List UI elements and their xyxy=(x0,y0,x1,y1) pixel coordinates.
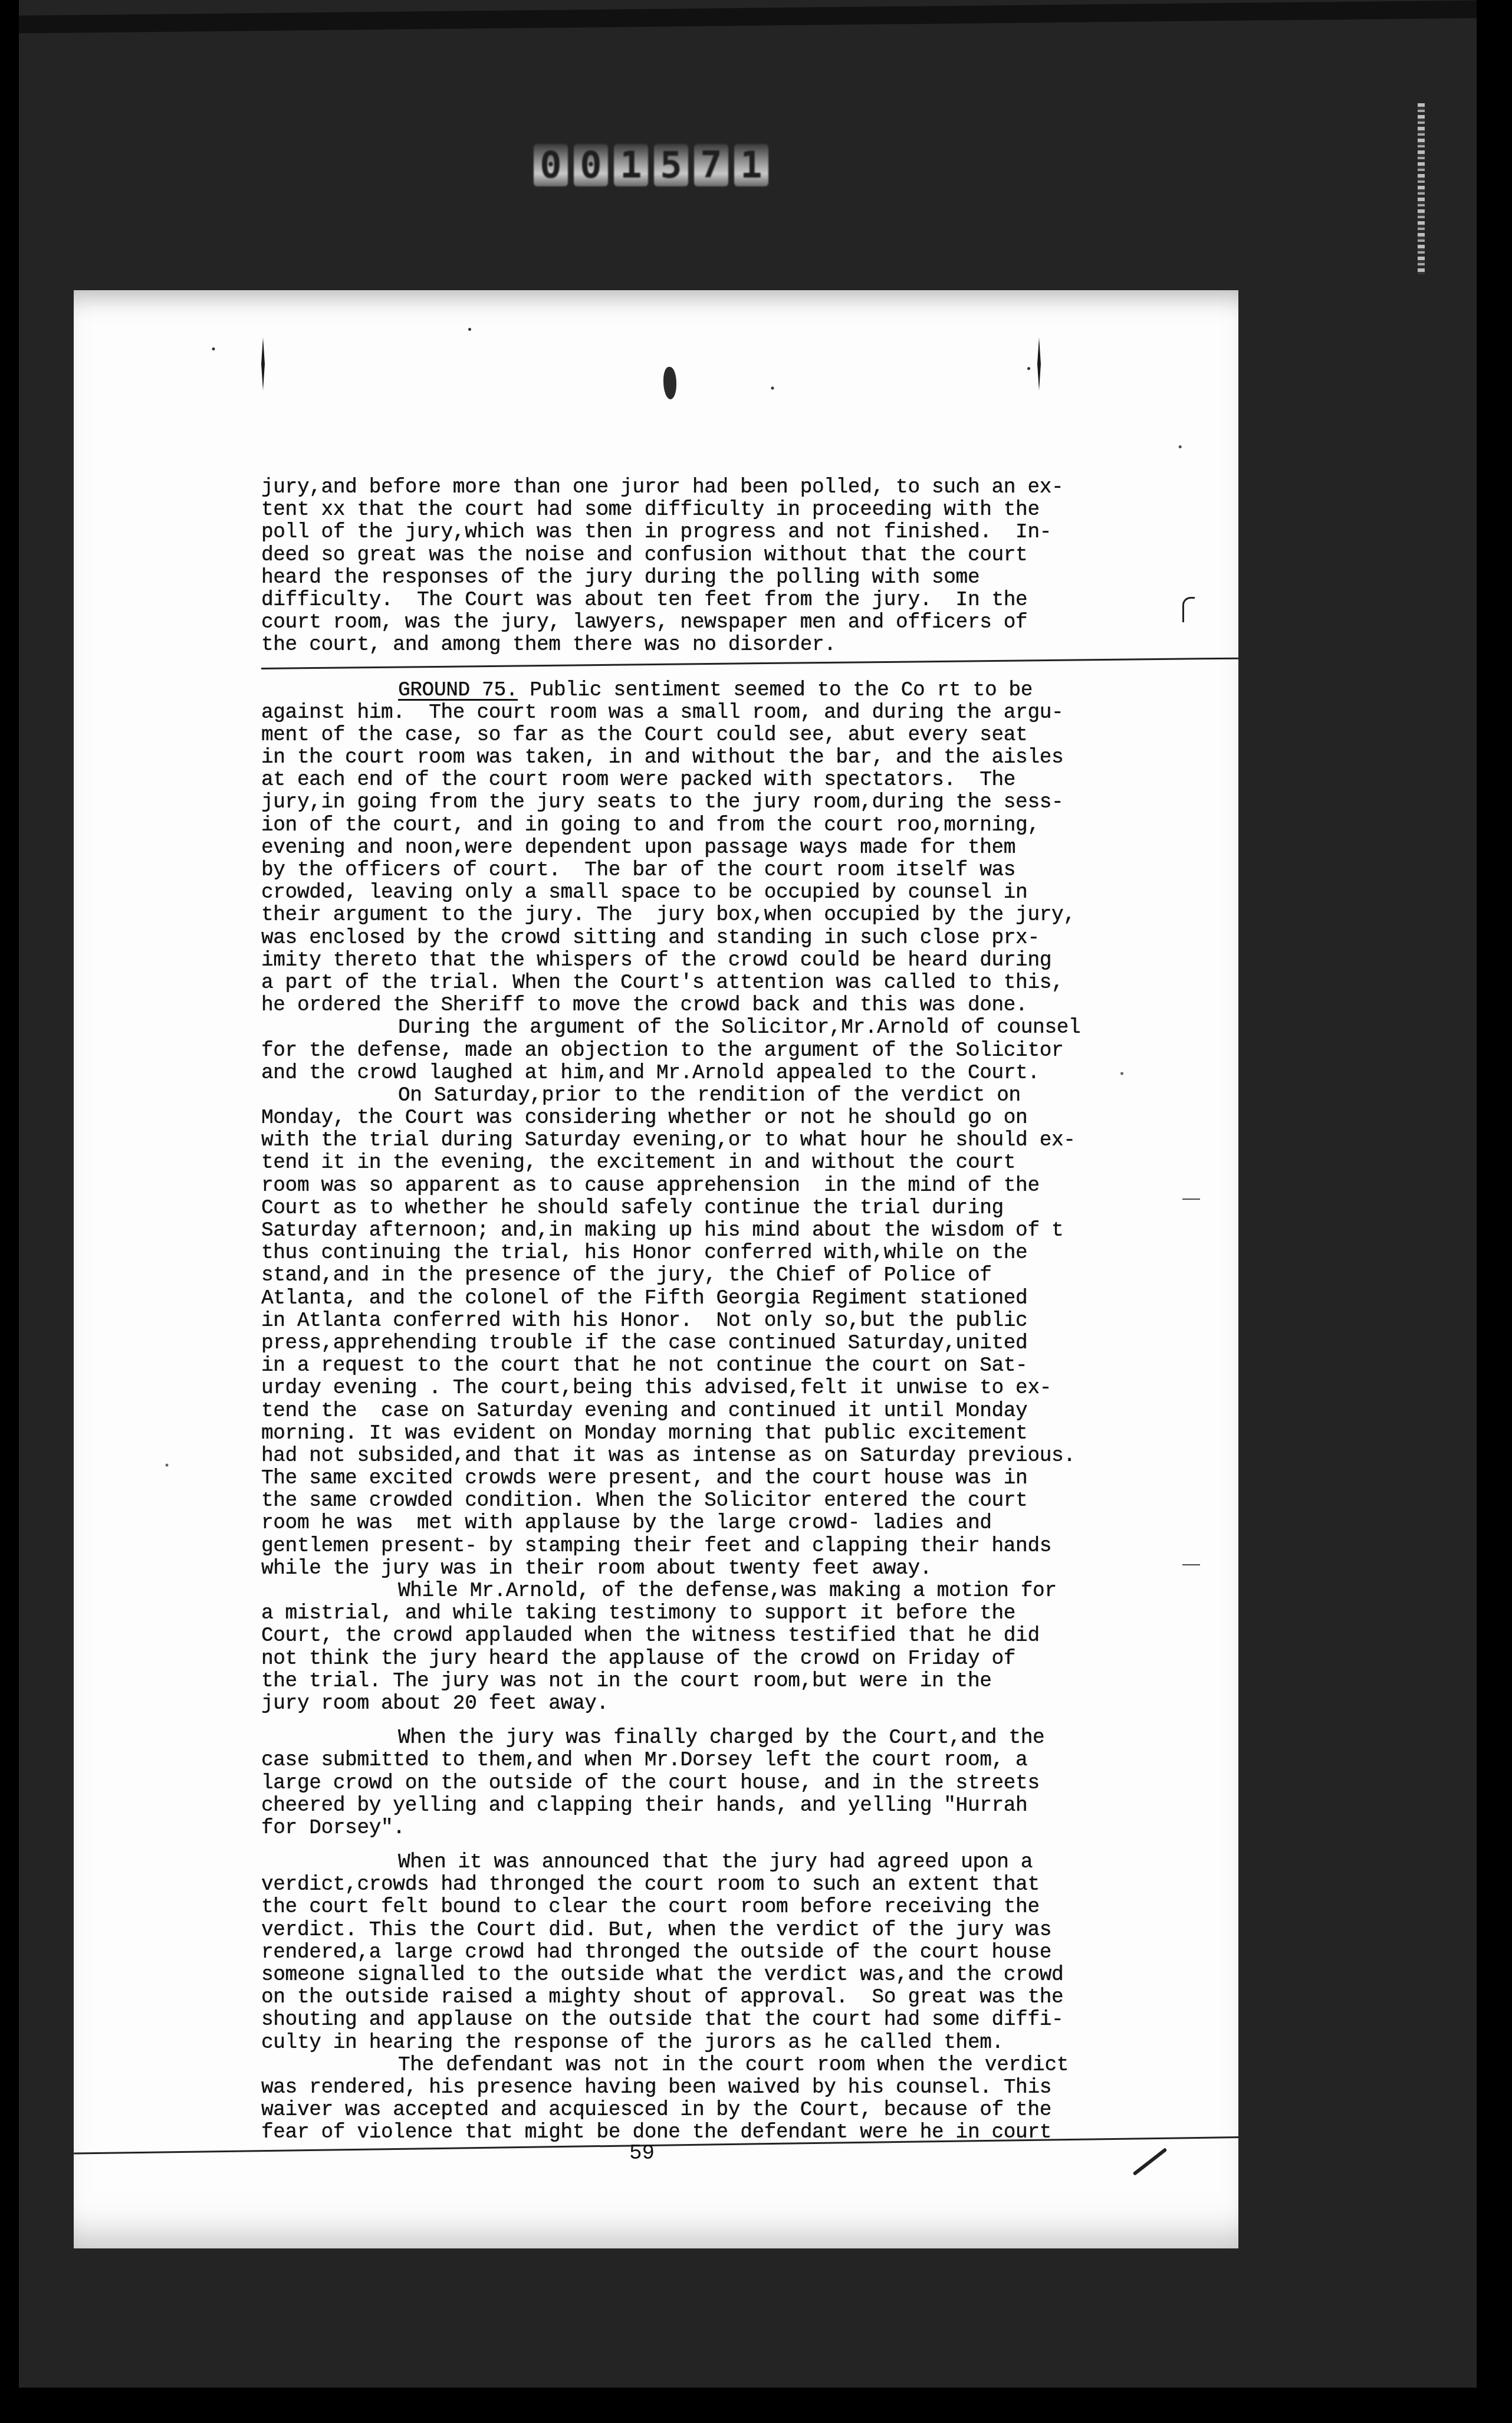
text-line: for Dorsey". xyxy=(261,1817,1228,1840)
film-edge-left xyxy=(0,0,19,2423)
text-line: ion of the court, and in going to and fr… xyxy=(261,815,1228,837)
page-number: 59 xyxy=(629,2141,655,2165)
film-edge-right xyxy=(1477,0,1512,2423)
text-line: morning. It was evident on Monday mornin… xyxy=(261,1423,1228,1445)
text-line: On Saturday,prior to the rendition of th… xyxy=(261,1085,1228,1107)
text-line: shouting and applause on the outside tha… xyxy=(261,2009,1228,2031)
paragraph-gap xyxy=(261,1840,1228,1851)
text-line: fear of violence that might be done the … xyxy=(261,2122,1228,2144)
text-line: Court, the crowd applauded when the witn… xyxy=(261,1625,1228,1647)
text-line: poll of the jury,which was then in progr… xyxy=(261,521,1228,544)
text-line: their argument to the jury. The jury box… xyxy=(261,904,1228,927)
text-line: During the argument of the Solicitor,Mr.… xyxy=(261,1017,1228,1039)
binding-hole-mark-right-icon xyxy=(1037,337,1041,390)
film-edge-bottom xyxy=(0,2388,1512,2423)
ground-label: GROUND 75. xyxy=(398,679,518,702)
text-line: jury,and before more than one juror had … xyxy=(261,477,1228,499)
text-line: had not subsided,and that it was as inte… xyxy=(261,1445,1228,1467)
stamp-digit: 7 xyxy=(694,144,728,186)
text-line: Saturday afternoon; and,in making up his… xyxy=(261,1220,1228,1242)
top-section: jury,and before more than one juror had … xyxy=(261,477,1228,657)
ground-75-section: GROUND 75. Public sentiment seemed to th… xyxy=(261,679,1228,2145)
text-line: imity thereto that the whispers of the c… xyxy=(261,950,1228,972)
text-line: room was so apparent as to cause apprehe… xyxy=(261,1175,1228,1197)
text-line: waiver was accepted and acquiesced in by… xyxy=(261,2099,1228,2122)
text-line: for the defense, made an objection to th… xyxy=(261,1040,1228,1062)
text-line: with the trial during Saturday evening,o… xyxy=(261,1130,1228,1152)
text-line: evening and noon,were dependent upon pas… xyxy=(261,837,1228,859)
film-scratch-mark xyxy=(1418,103,1425,274)
text-line: someone signalled to the outside what th… xyxy=(261,1964,1228,1987)
text-line: against him. The court room was a small … xyxy=(261,702,1228,724)
text-line: he ordered the Sheriff to move the crowd… xyxy=(261,994,1228,1017)
paragraph-gap xyxy=(261,1715,1228,1727)
stamp-digit: 1 xyxy=(614,144,648,186)
text-line: at each end of the court room were packe… xyxy=(261,769,1228,792)
text-line: the same crowded condition. When the Sol… xyxy=(261,1490,1228,1512)
text-line: jury room about 20 feet away. xyxy=(261,1693,1228,1715)
text-line: crowded, leaving only a small space to b… xyxy=(261,882,1228,904)
text-line: room he was met with applause by the lar… xyxy=(261,1512,1228,1535)
text-line: tend it in the evening, the excitement i… xyxy=(261,1152,1228,1174)
paragraph: While Mr.Arnold, of the defense,was maki… xyxy=(261,1580,1228,1715)
text-line: in a request to the court that he not co… xyxy=(261,1355,1228,1377)
text-line: verdict,crowds had thronged the court ro… xyxy=(261,1874,1228,1896)
document-page: jury,and before more than one juror had … xyxy=(74,290,1238,2248)
text-line: Monday, the Court was considering whethe… xyxy=(261,1107,1228,1130)
text-line: urday evening . The court,being this adv… xyxy=(261,1377,1228,1400)
text-line: by the officers of court. The bar of the… xyxy=(261,859,1228,882)
text-line: a part of the trial. When the Court's at… xyxy=(261,972,1228,994)
text-line: press,apprehending trouble if the case c… xyxy=(261,1332,1228,1355)
text-line: When it was announced that the jury had … xyxy=(261,1851,1228,1874)
frame-number-stamp: 0 0 1 5 7 1 xyxy=(534,142,768,189)
text-line: culty in hearing the response of the jur… xyxy=(261,2032,1228,2054)
text-line: the court, and among them there was no d… xyxy=(261,634,1228,656)
text-line: in Atlanta conferred with his Honor. Not… xyxy=(261,1310,1228,1332)
text-line: tend the case on Saturday evening and co… xyxy=(261,1400,1228,1423)
text-line: While Mr.Arnold, of the defense,was maki… xyxy=(261,1580,1228,1603)
ground-first-line: Public sentiment seemed to the Co rt to … xyxy=(518,679,1033,702)
text-line: court room, was the jury, lawyers, newsp… xyxy=(261,612,1228,634)
text-line: The defendant was not in the court room … xyxy=(261,2054,1228,2077)
text-line: heard the responses of the jury during t… xyxy=(261,567,1228,589)
text-line: the trial. The jury was not in the court… xyxy=(261,1670,1228,1693)
text-line: When the jury was finally charged by the… xyxy=(261,1727,1228,1749)
text-line: jury,in going from the jury seats to the… xyxy=(261,792,1228,814)
film-edge-top xyxy=(0,0,1512,34)
text-line: difficulty. The Court was about ten feet… xyxy=(261,589,1228,612)
ground-heading-line: GROUND 75. Public sentiment seemed to th… xyxy=(261,679,1228,702)
text-line: stand,and in the presence of the jury, t… xyxy=(261,1265,1228,1287)
text-line: was rendered, his presence having been w… xyxy=(261,2077,1228,2099)
check-mark-icon xyxy=(1133,2148,1168,2176)
stamp-digit: 0 xyxy=(534,144,568,186)
paragraph: against him. The court room was a small … xyxy=(261,702,1228,1017)
text-line: thus continuing the trial, his Honor con… xyxy=(261,1242,1228,1265)
text-line: a mistrial, and while taking testimony t… xyxy=(261,1603,1228,1625)
text-line: on the outside raised a mighty shout of … xyxy=(261,1987,1228,2009)
text-line: Atlanta, and the colonel of the Fifth Ge… xyxy=(261,1288,1228,1310)
text-line: gentlemen present- by stamping their fee… xyxy=(261,1535,1228,1558)
text-line: case submitted to them,and when Mr.Dorse… xyxy=(261,1749,1228,1772)
paragraph: On Saturday,prior to the rendition of th… xyxy=(261,1085,1228,1580)
stamp-digit: 1 xyxy=(734,144,768,186)
text-line: and the crowd laughed at him,and Mr.Arno… xyxy=(261,1062,1228,1085)
stamp-digit: 0 xyxy=(574,144,608,186)
paragraph: When it was announced that the jury had … xyxy=(261,1851,1228,2054)
paragraph: When the jury was finally charged by the… xyxy=(261,1727,1228,1840)
paragraph: The defendant was not in the court room … xyxy=(261,2054,1228,2145)
ink-blot xyxy=(663,367,676,399)
text-line: The same excited crowds were present, an… xyxy=(261,1467,1228,1490)
text-line: large crowd on the outside of the court … xyxy=(261,1772,1228,1795)
binding-hole-mark-left-icon xyxy=(261,337,265,390)
text-line: the court felt bound to clear the court … xyxy=(261,1896,1228,1919)
text-line: rendered,a large crowd had thronged the … xyxy=(261,1942,1228,1964)
text-line: verdict. This the Court did. But, when t… xyxy=(261,1919,1228,1942)
text-line: not think the jury heard the applause of… xyxy=(261,1648,1228,1670)
document-body: jury,and before more than one juror had … xyxy=(261,477,1228,2145)
text-line: deed so great was the noise and confusio… xyxy=(261,544,1228,567)
text-line: Court as to whether he should safely con… xyxy=(261,1197,1228,1220)
text-line: while the jury was in their room about t… xyxy=(261,1558,1228,1580)
text-line: tent xx that the court had some difficul… xyxy=(261,499,1228,521)
text-line: was enclosed by the crowd sitting and st… xyxy=(261,927,1228,950)
text-line: cheered by yelling and clapping their ha… xyxy=(261,1795,1228,1817)
text-line: ment of the case, so far as the Court co… xyxy=(261,724,1228,747)
stamp-digit: 5 xyxy=(654,144,688,186)
paragraph: During the argument of the Solicitor,Mr.… xyxy=(261,1017,1228,1085)
text-line: in the court room was taken, in and with… xyxy=(261,747,1228,769)
